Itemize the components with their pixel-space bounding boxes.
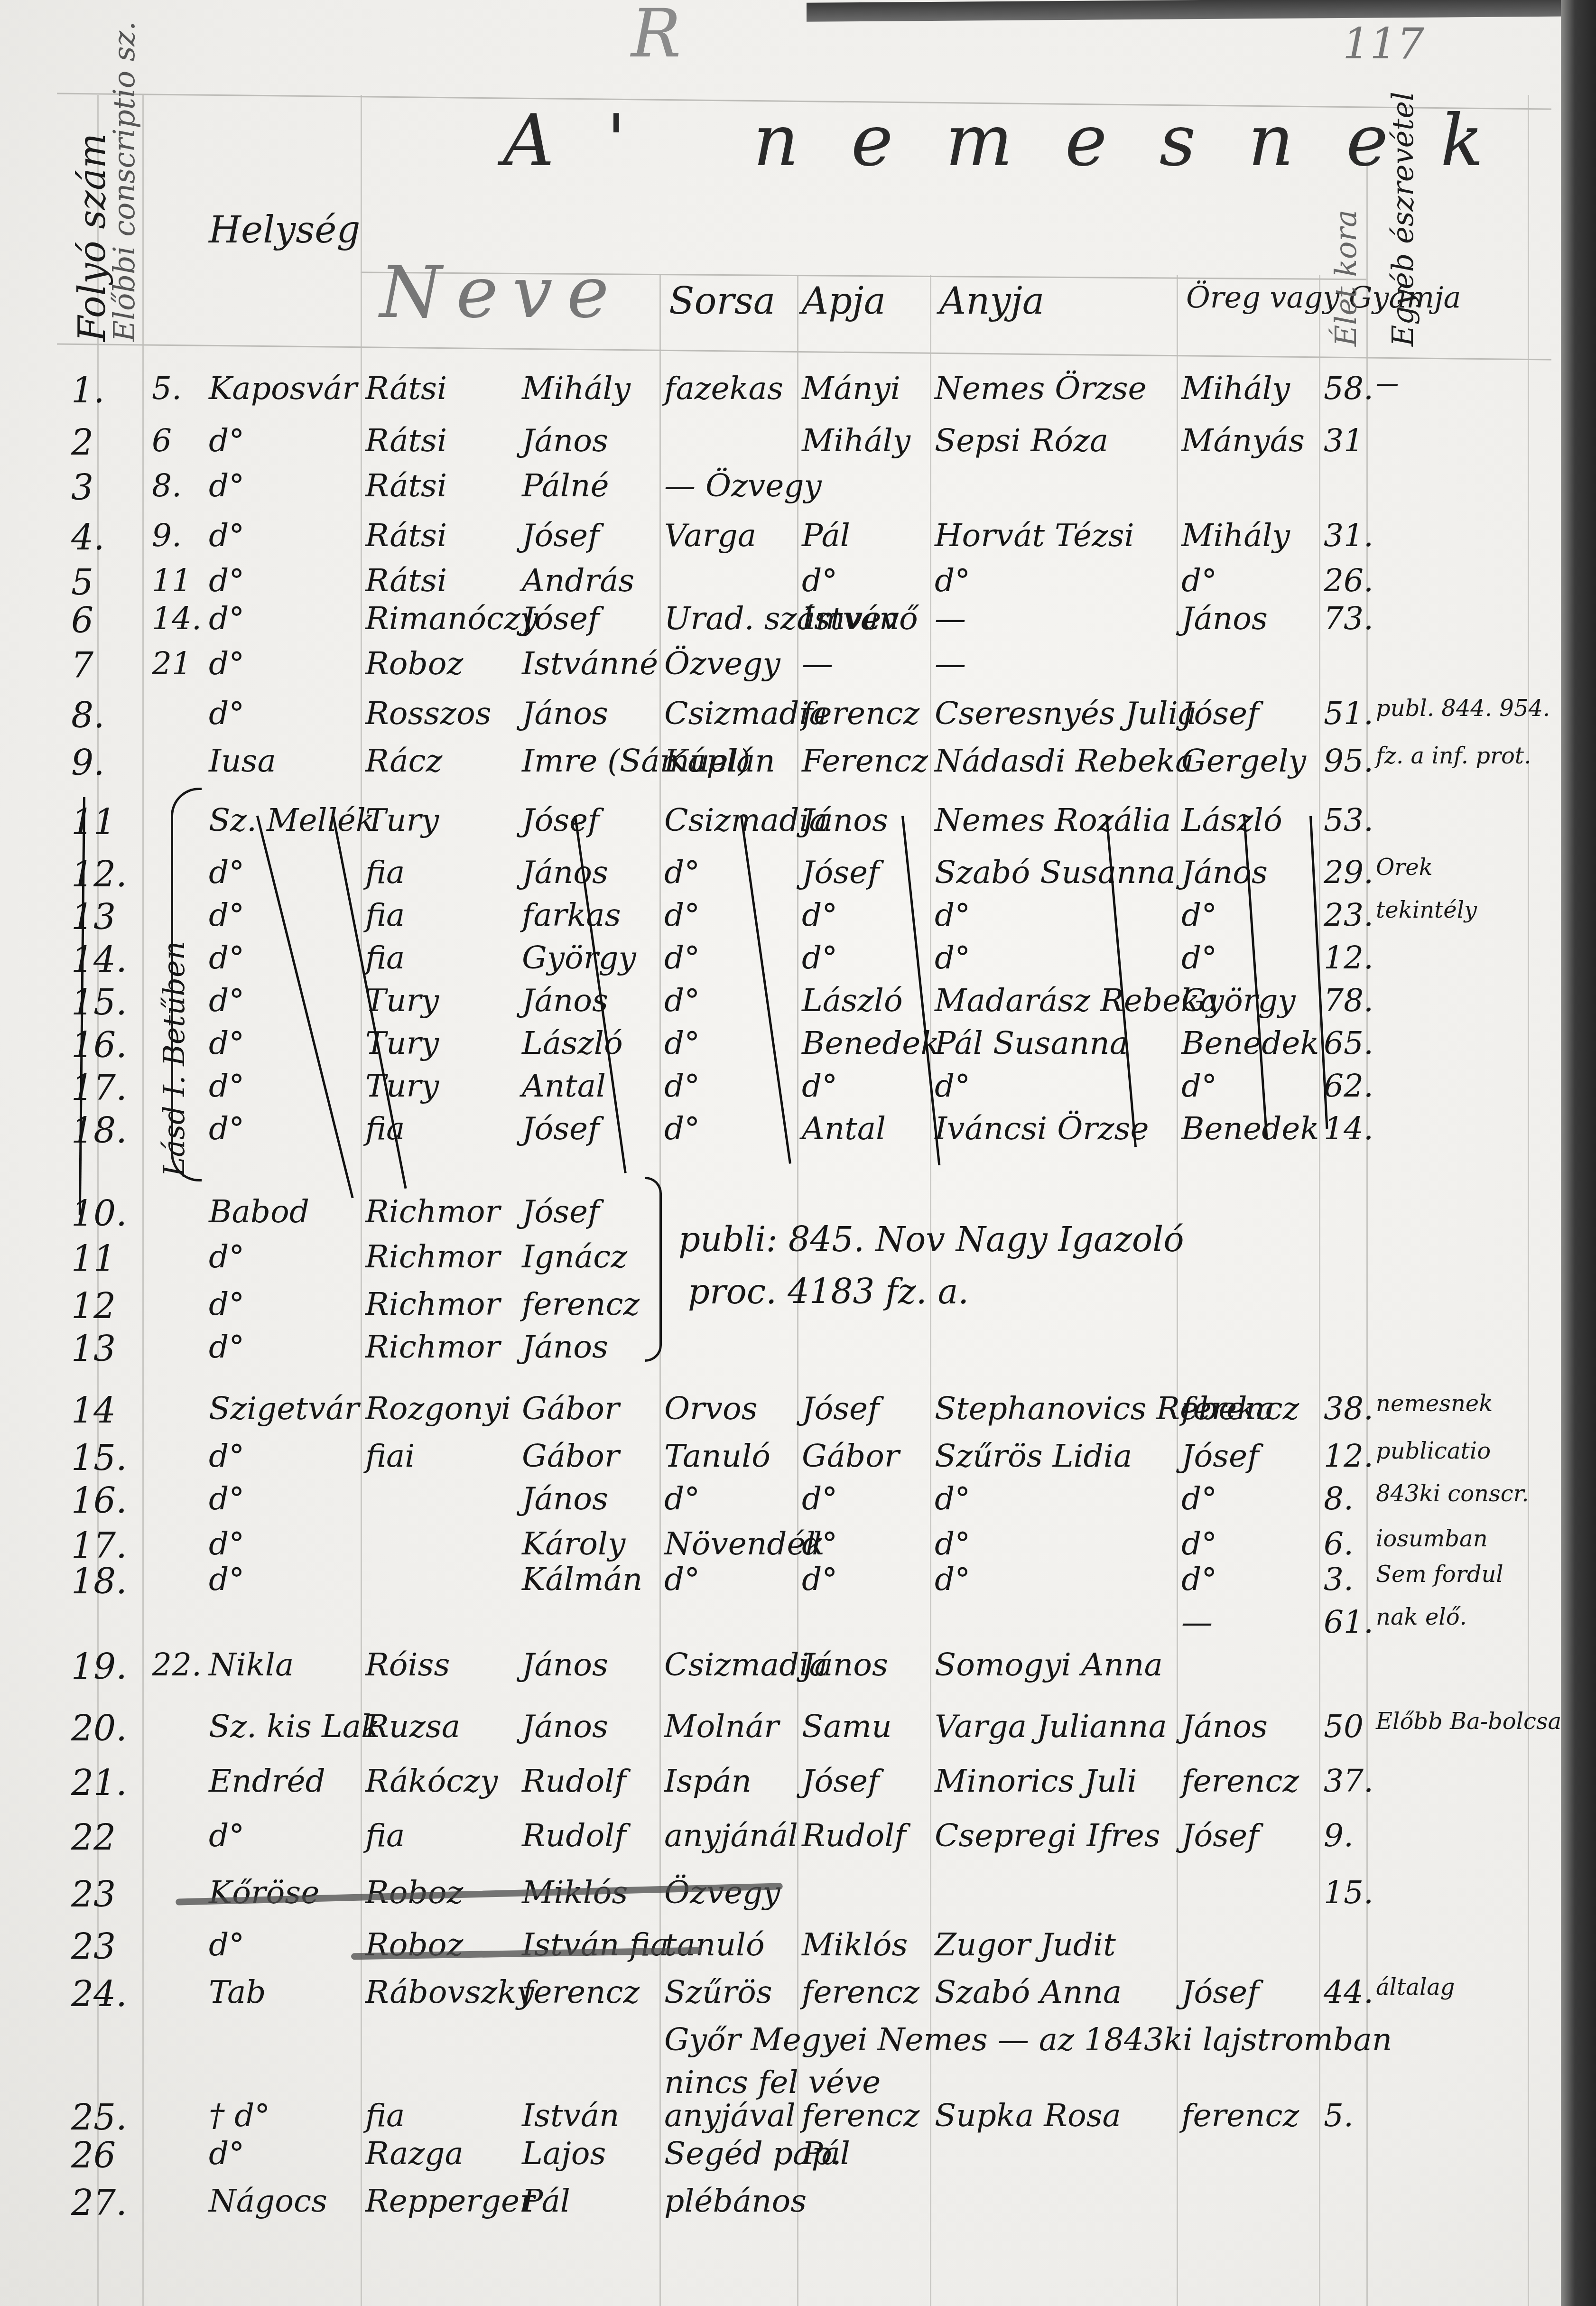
cell-father: d° bbox=[802, 1561, 837, 1598]
cell-given: Mihály bbox=[522, 370, 631, 407]
cell-given: Rudolf bbox=[522, 1763, 626, 1799]
cell-father: János bbox=[802, 802, 888, 838]
cell-status: d° bbox=[664, 1025, 700, 1061]
cell-n: 7 bbox=[71, 645, 93, 686]
cell-surname: Rátsi bbox=[365, 370, 447, 407]
cell-age: 3. bbox=[1324, 1561, 1354, 1598]
cell-n: 6 bbox=[71, 600, 93, 641]
cell-place: d° bbox=[209, 897, 244, 933]
cell-guardian: János bbox=[1181, 1708, 1268, 1745]
cell-given: Gábor bbox=[522, 1438, 620, 1474]
cell-mother: Iváncsi Örzse bbox=[935, 1110, 1149, 1147]
cell-n: 8. bbox=[71, 695, 105, 736]
cell-mother: Nemes Örzse bbox=[935, 370, 1147, 407]
cell-place: Kőröse bbox=[209, 1874, 319, 1911]
cell-prev: 21 bbox=[152, 645, 192, 682]
cell-given: János bbox=[522, 695, 608, 732]
cell-place: Sz. Mellék bbox=[209, 802, 375, 838]
book-spine bbox=[1561, 0, 1596, 2306]
cell-place: d° bbox=[209, 1068, 244, 1104]
cell-age: 37. bbox=[1324, 1763, 1373, 1799]
cell-given: István fia bbox=[522, 1926, 669, 1963]
cell-n: 16. bbox=[71, 1025, 127, 1066]
cell-status: tanuló bbox=[664, 1926, 765, 1963]
cell-mother: Szabó Susanna bbox=[935, 854, 1176, 891]
cell-place: d° bbox=[209, 939, 244, 976]
cell-guardian: Mányás bbox=[1181, 422, 1305, 459]
cell-surname: Rábovszky bbox=[365, 1974, 534, 2010]
cell-place: Endréd bbox=[209, 1763, 325, 1799]
cell-note: — bbox=[1376, 370, 1399, 397]
cell-place: d° bbox=[209, 1025, 244, 1061]
cell-mother: Zugor Judit bbox=[935, 1926, 1116, 1963]
cell-prev: 9. bbox=[152, 517, 182, 554]
cell-mother: d° bbox=[935, 1480, 970, 1517]
cell-guardian: Benedek bbox=[1181, 1025, 1319, 1061]
cell-surname: fia bbox=[365, 897, 405, 933]
cell-prev: 14. bbox=[152, 600, 202, 637]
cell-place: Tab bbox=[209, 1974, 266, 2010]
cell-given: Gábor bbox=[522, 1390, 620, 1427]
header-notes: Egyéb észrevétel bbox=[1385, 92, 1420, 346]
cell-given: Jósef bbox=[522, 517, 600, 554]
cell-place: Szigetvár bbox=[209, 1390, 359, 1427]
cell-mother: d° bbox=[935, 897, 970, 933]
header-rule-bottom bbox=[57, 344, 1551, 361]
cell-surname: Richmor bbox=[365, 1329, 500, 1365]
cell-status: Orvos bbox=[664, 1390, 758, 1427]
cell-given: Antal bbox=[522, 1068, 606, 1104]
cell-place: † d° bbox=[209, 2097, 270, 2134]
cell-age: 95. bbox=[1324, 743, 1373, 779]
cell-mother: Minorics Juli bbox=[935, 1763, 1137, 1799]
cell-place: Iusa bbox=[209, 743, 276, 779]
cell-age: 6. bbox=[1324, 1525, 1354, 1562]
cell-n: 15. bbox=[71, 1438, 127, 1478]
header-place: Helység bbox=[209, 209, 360, 251]
cell-given: Kálmán bbox=[522, 1561, 642, 1598]
cell-n: 19. bbox=[71, 1646, 127, 1687]
cell-place: d° bbox=[209, 645, 244, 682]
cell-given: András bbox=[522, 562, 634, 599]
cell-status: fazekas bbox=[664, 370, 783, 407]
cell-father: László bbox=[802, 982, 903, 1019]
cell-age: 29. bbox=[1324, 854, 1373, 891]
cell-father: ferencz bbox=[802, 1974, 919, 2010]
cell-guardian: d° bbox=[1181, 562, 1217, 599]
header-status: Sorsa bbox=[669, 280, 775, 323]
binding-shadow bbox=[807, 0, 1596, 22]
cell-age: 31. bbox=[1324, 517, 1373, 554]
cell-age: 9. bbox=[1324, 1817, 1354, 1854]
cell-given: György bbox=[522, 939, 636, 976]
cell-status: — Özvegy bbox=[664, 467, 822, 504]
cell-guardian: d° bbox=[1181, 1525, 1217, 1562]
cell-guardian: Jósef bbox=[1181, 695, 1259, 732]
cell-n: 20. bbox=[71, 1708, 127, 1749]
cell-note: fz. a inf. prot. bbox=[1376, 743, 1531, 769]
cell-given: Ignácz bbox=[522, 1238, 627, 1275]
group-brace bbox=[171, 788, 202, 1181]
cell-place: d° bbox=[209, 422, 244, 459]
cell-given: Jósef bbox=[522, 1110, 600, 1147]
cell-n: 14. bbox=[71, 939, 127, 980]
cell-age: 51. bbox=[1324, 695, 1373, 732]
cell-age: 12. bbox=[1324, 939, 1373, 976]
cell-prev: 5. bbox=[152, 370, 182, 407]
cell-n: 13 bbox=[71, 1329, 116, 1369]
cell-guardian: János bbox=[1181, 600, 1268, 637]
cell-age: 23. bbox=[1324, 897, 1373, 933]
column-rule bbox=[361, 95, 362, 2306]
cell-mother: Nádasdi Rebeka bbox=[935, 743, 1194, 779]
header-age: Élet kora bbox=[1328, 210, 1363, 346]
cell-place: d° bbox=[209, 600, 244, 637]
cell-place: Nikla bbox=[209, 1646, 294, 1683]
cell-mother: Varga Julianna bbox=[935, 1708, 1167, 1745]
cell-given: Károly bbox=[522, 1525, 625, 1562]
cell-father: Benedek bbox=[802, 1025, 939, 1061]
cell-mother: d° bbox=[935, 939, 970, 976]
cell-surname: Rátsi bbox=[365, 422, 447, 459]
group-note: publi: 845. Nov Nagy Igazoló bbox=[678, 1219, 1184, 1259]
cell-guardian: Jósef bbox=[1181, 1438, 1259, 1474]
cell-given: János bbox=[522, 1480, 608, 1517]
header-name: Neve bbox=[380, 251, 623, 334]
cell-surname: fia bbox=[365, 1817, 405, 1854]
cell-given: István bbox=[522, 2097, 620, 2134]
cell-age: 53. bbox=[1324, 802, 1373, 838]
cell-mother: d° bbox=[935, 562, 970, 599]
cell-place: d° bbox=[209, 517, 244, 554]
cell-given: Jósef bbox=[522, 1193, 600, 1230]
cell-father: Mányi bbox=[802, 370, 900, 407]
cell-age: 58. bbox=[1324, 370, 1373, 407]
cell-n: 27. bbox=[71, 2183, 127, 2223]
cell-status: d° bbox=[664, 854, 700, 891]
cell-father: d° bbox=[802, 1480, 837, 1517]
cell-note: iosumban bbox=[1376, 1525, 1488, 1552]
cell-mother: Supka Rosa bbox=[935, 2097, 1121, 2134]
cell-mother: Szűrös Lidia bbox=[935, 1438, 1132, 1474]
cell-surname: fiai bbox=[365, 1438, 415, 1474]
cell-place: d° bbox=[209, 854, 244, 891]
cell-given: János bbox=[522, 1329, 608, 1365]
cell-status: Káplán bbox=[664, 743, 775, 779]
cell-place: d° bbox=[209, 695, 244, 732]
cell-place: d° bbox=[209, 982, 244, 1019]
cell-n: 23 bbox=[71, 1926, 116, 1967]
cell-given: Istvánné bbox=[522, 645, 658, 682]
cell-father: ferencz bbox=[802, 695, 919, 732]
cell-note: általag bbox=[1376, 1974, 1455, 2000]
cell-guardian: d° bbox=[1181, 939, 1217, 976]
cell-father: d° bbox=[802, 1068, 837, 1104]
cell-surname: Razga bbox=[365, 2135, 464, 2172]
cell-n: 25. bbox=[71, 2097, 127, 2138]
cell-given: Pálné bbox=[522, 467, 609, 504]
cell-mother: Pál Susanna bbox=[935, 1025, 1128, 1061]
cell-father: d° bbox=[802, 562, 837, 599]
cell-age: 8. bbox=[1324, 1480, 1354, 1517]
cell-mother: Horvát Tézsi bbox=[935, 517, 1134, 554]
strike-line bbox=[256, 816, 354, 1199]
cell-n: 15. bbox=[71, 982, 127, 1023]
cell-status: anyjánál bbox=[664, 1817, 798, 1854]
cell-age: 14. bbox=[1324, 1110, 1373, 1147]
cell-age: 5. bbox=[1324, 2097, 1354, 2134]
cell-father: Samu bbox=[802, 1708, 892, 1745]
cell-surname: Richmor bbox=[365, 1286, 500, 1322]
cell-status: Özvegy bbox=[664, 645, 780, 682]
cell-place: d° bbox=[209, 2135, 244, 2172]
cell-given: János bbox=[522, 1646, 608, 1683]
cell-prev: 22. bbox=[152, 1646, 202, 1683]
cell-place: Kaposvár bbox=[209, 370, 357, 407]
cell-given: Jósef bbox=[522, 600, 600, 637]
cell-n: 23 bbox=[71, 1874, 116, 1915]
cell-status: d° bbox=[664, 1110, 700, 1147]
cell-given: ferencz bbox=[522, 1286, 640, 1322]
cell-father: János bbox=[802, 1646, 888, 1683]
cell-status: Ispán bbox=[664, 1763, 752, 1799]
cell-mother: d° bbox=[935, 1068, 970, 1104]
cell-surname: fia bbox=[365, 854, 405, 891]
cell-age: 65. bbox=[1324, 1025, 1373, 1061]
cell-father: Mihály bbox=[802, 422, 910, 459]
cell-prev: 8. bbox=[152, 467, 182, 504]
cell-father: Jósef bbox=[802, 854, 880, 891]
cell-status: Szűrös bbox=[664, 1974, 772, 2010]
cell-note: Orek bbox=[1376, 854, 1433, 881]
cell-father: Jósef bbox=[802, 1763, 880, 1799]
cell-note: publ. 844. 954. bbox=[1376, 695, 1550, 722]
cell-age: 44. bbox=[1324, 1974, 1373, 2010]
cell-surname: Rácz bbox=[365, 743, 442, 779]
cell-guardian: d° bbox=[1181, 1480, 1217, 1517]
cell-given: János bbox=[522, 1708, 608, 1745]
cell-n: 16. bbox=[71, 1480, 127, 1521]
cell-given: János bbox=[522, 422, 608, 459]
cell-surname: Tury bbox=[365, 802, 439, 838]
cell-prev: 11 bbox=[152, 562, 192, 599]
cell-place: d° bbox=[209, 1561, 244, 1598]
cell-father: — bbox=[802, 645, 833, 682]
cell-age: 12. bbox=[1324, 1438, 1373, 1474]
header-prev-conscription: Előbbi conscriptio sz. bbox=[107, 21, 141, 342]
cell-status: d° bbox=[664, 897, 700, 933]
cell-guardian: Mihály bbox=[1181, 517, 1290, 554]
cell-n: 13 bbox=[71, 897, 116, 938]
cell-note: nak elő. bbox=[1376, 1604, 1467, 1630]
cell-mother: — bbox=[935, 600, 966, 637]
cell-surname: Rimanóczy bbox=[365, 600, 538, 637]
cell-n: 9. bbox=[71, 743, 105, 783]
cell-surname: Rosszos bbox=[365, 695, 492, 732]
cell-guardian: Gergely bbox=[1181, 743, 1306, 779]
cell-mother: Szabó Anna bbox=[935, 1974, 1122, 2010]
folio-number: 117 bbox=[1343, 19, 1424, 69]
cell-n: 2 bbox=[71, 422, 93, 463]
cell-n: 24. bbox=[71, 1974, 127, 2015]
cell-mother: — bbox=[935, 645, 966, 682]
cell-n: 5 bbox=[71, 562, 93, 603]
cell-age: 26. bbox=[1324, 562, 1373, 599]
cell-n: 1. bbox=[71, 370, 105, 411]
cell-n: 11 bbox=[71, 1238, 116, 1279]
cell-surname: Tury bbox=[365, 982, 439, 1019]
cell-guardian: Jósef bbox=[1181, 1817, 1259, 1854]
column-rule bbox=[1528, 95, 1529, 2306]
cell-given: Jósef bbox=[522, 802, 600, 838]
cell-guardian: János bbox=[1181, 854, 1268, 891]
cell-mother: Csepregi Ifres bbox=[935, 1817, 1160, 1854]
cell-status: d° bbox=[664, 1068, 700, 1104]
cell-age: 78. bbox=[1324, 982, 1373, 1019]
cell-place: d° bbox=[209, 1525, 244, 1562]
cell-guardian: ferencz bbox=[1181, 2097, 1299, 2134]
cell-guardian: Mihály bbox=[1181, 370, 1290, 407]
cell-father: István bbox=[802, 600, 900, 637]
cell-guardian: ferencz bbox=[1181, 1763, 1299, 1799]
column-rule bbox=[1319, 275, 1320, 2306]
cell-status: Növendék bbox=[664, 1525, 825, 1562]
cell-note: nemesnek bbox=[1376, 1390, 1493, 1417]
cell-place: d° bbox=[209, 1817, 244, 1854]
cell-age: 73. bbox=[1324, 600, 1373, 637]
column-rule bbox=[142, 95, 144, 2306]
cell-status: d° bbox=[664, 1561, 700, 1598]
cell-father: Rudolf bbox=[802, 1817, 906, 1854]
cell-prev: 6 bbox=[152, 422, 172, 459]
cell-guardian: d° bbox=[1181, 1561, 1217, 1598]
header-mother: Anyja bbox=[939, 280, 1044, 323]
group-brace bbox=[645, 1177, 662, 1362]
cell-mother: Somogyi Anna bbox=[935, 1646, 1163, 1683]
cell-mother: d° bbox=[935, 1525, 970, 1562]
cell-place: Nágocs bbox=[209, 2183, 327, 2219]
cell-father: d° bbox=[802, 1525, 837, 1562]
cell-n: 3 bbox=[71, 467, 93, 508]
cell-place: Sz. kis Lak bbox=[209, 1708, 380, 1745]
cell-status: d° bbox=[664, 1480, 700, 1517]
cell-note: 843ki conscr. bbox=[1376, 1480, 1529, 1507]
cell-status: Tanuló bbox=[664, 1438, 770, 1474]
cell-surname: Róiss bbox=[365, 1646, 450, 1683]
cell-given: Pál bbox=[522, 2183, 570, 2219]
cell-n: 14 bbox=[71, 1390, 116, 1431]
cell-mother: Madarász Rebeka bbox=[935, 982, 1218, 1019]
cell-status: plébános bbox=[664, 2183, 807, 2219]
cell-given: János bbox=[522, 854, 608, 891]
cell-surname: Ruzsa bbox=[365, 1708, 460, 1745]
cell-place: Babod bbox=[209, 1193, 309, 1230]
cell-surname: Tury bbox=[365, 1068, 439, 1104]
cell-place: d° bbox=[209, 1286, 244, 1322]
cell-status: Győr Megyei Nemes — az 1843ki lajstromba… bbox=[664, 2021, 1392, 2058]
cell-guardian: Jósef bbox=[1181, 1974, 1259, 2010]
cell-surname: Rátsi bbox=[365, 517, 447, 554]
cell-n: 22 bbox=[71, 1817, 116, 1858]
cell-status: anyjával bbox=[664, 2097, 796, 2134]
cell-mother: d° bbox=[935, 1561, 970, 1598]
cell-surname: Roboz bbox=[365, 645, 463, 682]
cell-surname: fia bbox=[365, 1110, 405, 1147]
cell-father: Antal bbox=[802, 1110, 886, 1147]
cell-surname: fia bbox=[365, 2097, 405, 2134]
cell-age: 31 bbox=[1324, 422, 1364, 459]
cell-status: d° bbox=[664, 982, 700, 1019]
cell-father: d° bbox=[802, 939, 837, 976]
cell-place: d° bbox=[209, 1926, 244, 1963]
cell-surname: Richmor bbox=[365, 1238, 500, 1275]
cell-age: 62. bbox=[1324, 1068, 1373, 1104]
cell-guardian: Benedek bbox=[1181, 1110, 1319, 1147]
cell-status: nincs fel véve bbox=[664, 2064, 881, 2101]
cell-mother: Sepsi Róza bbox=[935, 422, 1108, 459]
cell-age: 61. bbox=[1324, 1604, 1373, 1640]
cell-status: d° bbox=[664, 939, 700, 976]
cell-n: 26 bbox=[71, 2135, 116, 2176]
cell-surname: Repperger bbox=[365, 2183, 535, 2219]
cell-guardian: d° bbox=[1181, 897, 1217, 933]
cell-surname: Rátsi bbox=[365, 467, 447, 504]
cell-guardian: László bbox=[1181, 802, 1282, 838]
cell-father: Pál bbox=[802, 517, 850, 554]
cell-guardian: ferencz bbox=[1181, 1390, 1299, 1427]
cell-n: 12. bbox=[71, 854, 127, 895]
strike-line bbox=[740, 816, 791, 1163]
header-father: Apja bbox=[802, 280, 886, 323]
cell-status: Varga bbox=[664, 517, 756, 554]
cell-place: d° bbox=[209, 1110, 244, 1147]
cell-father: Ferencz bbox=[802, 743, 928, 779]
cell-father: Gábor bbox=[802, 1438, 900, 1474]
cell-given: Lajos bbox=[522, 2135, 606, 2172]
column-rule bbox=[1177, 275, 1178, 2306]
page-title: A' nemesnek bbox=[503, 100, 1536, 182]
cell-father: Miklós bbox=[802, 1926, 908, 1963]
cell-note: Sem fordul bbox=[1376, 1561, 1503, 1588]
cell-father: ferencz bbox=[802, 2097, 919, 2134]
cell-place: d° bbox=[209, 467, 244, 504]
pencil-mark: R bbox=[631, 0, 681, 73]
cell-n: 4. bbox=[71, 517, 105, 558]
cell-n: 17. bbox=[71, 1525, 127, 1566]
cell-surname: Rozgonyi bbox=[365, 1390, 511, 1427]
cell-n: 21. bbox=[71, 1763, 127, 1804]
register-page: R 117 A' nemesnek Folyó szám Előbbi cons… bbox=[0, 0, 1561, 2306]
cell-surname: Rátsi bbox=[365, 562, 447, 599]
cell-guardian: d° bbox=[1181, 1068, 1217, 1104]
cell-given: ferencz bbox=[522, 1974, 640, 2010]
cell-n: 18. bbox=[71, 1561, 127, 1602]
cell-father: d° bbox=[802, 897, 837, 933]
cell-place: d° bbox=[209, 562, 244, 599]
cell-place: d° bbox=[209, 1480, 244, 1517]
cell-status: Molnár bbox=[664, 1708, 779, 1745]
cell-age: 50 bbox=[1324, 1708, 1364, 1745]
group-note: proc. 4183 fz. a. bbox=[688, 1272, 969, 1311]
cell-n: 11 bbox=[71, 802, 116, 843]
cell-surname: fia bbox=[365, 939, 405, 976]
cell-father: Pál bbox=[802, 2135, 850, 2172]
cell-place: d° bbox=[209, 1438, 244, 1474]
cell-note: tekintély bbox=[1376, 897, 1477, 923]
cell-n: 12 bbox=[71, 1286, 116, 1327]
cell-mother: Cseresnyés Julia bbox=[935, 695, 1197, 732]
cell-guardian: — bbox=[1181, 1604, 1213, 1640]
